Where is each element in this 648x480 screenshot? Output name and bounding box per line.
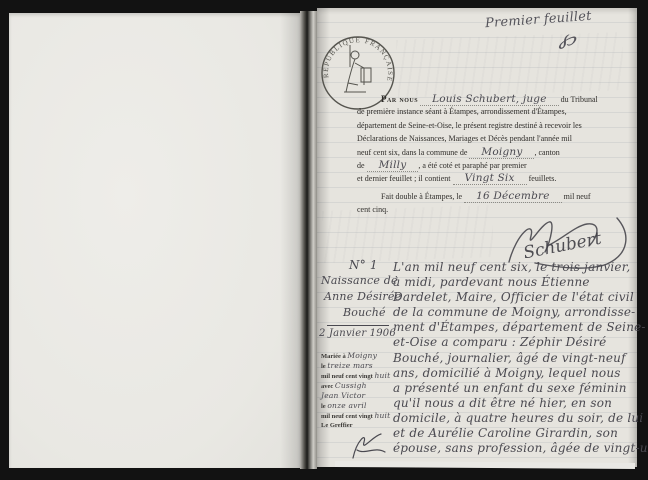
officer-paraph-mark bbox=[347, 430, 391, 462]
act-body-line: et-Oise a comparu : Zéphir Désiré bbox=[393, 335, 639, 350]
stamped-text: Mariée à bbox=[321, 353, 346, 360]
act-body-line: Bouché, journalier, âgé de vingt-neuf bbox=[393, 351, 639, 366]
act-body-line: qu'il nous a dit être né hier, en son bbox=[393, 396, 639, 411]
right-registry-page: Premier feuillet ℘ RÉPUBLIQUE FRANÇAISE bbox=[317, 8, 637, 467]
stamped-text: le bbox=[321, 403, 326, 410]
printed-text: cent cinq. bbox=[357, 205, 388, 214]
left-blank-page bbox=[9, 13, 300, 468]
ink-bleed-texture bbox=[396, 32, 624, 98]
preamble-line: Par nous Louis Schubert, juge du Tribuna… bbox=[357, 94, 635, 107]
handwritten-text: treize mars bbox=[327, 361, 372, 370]
act-body-line: ans, domicilié à Moigny, lequel nous bbox=[393, 366, 639, 381]
scanned-registry-book: Premier feuillet ℘ RÉPUBLIQUE FRANÇAISE bbox=[0, 0, 648, 480]
margin-divider bbox=[327, 325, 389, 326]
printed-text: , a été coté et paraphé par premier bbox=[418, 161, 526, 170]
printed-text: Déclarations de Naissances, Mariages et … bbox=[357, 134, 572, 143]
paraph-mark: ℘ bbox=[558, 25, 577, 52]
printed-text: du Tribunal bbox=[561, 95, 598, 104]
act-body-line: a présenté un enfant du sexe féminin bbox=[393, 381, 639, 396]
page-stack-edge bbox=[335, 461, 635, 469]
handwritten-text: Moigny bbox=[347, 351, 377, 360]
printed-text: neuf cent six, dans la commune de bbox=[357, 148, 467, 157]
act-body-line: ment d'Étampes, département de Seine- bbox=[393, 320, 639, 335]
act-body-line: de la commune de Moigny, arrondisse- bbox=[393, 305, 639, 320]
stamped-text: Le Greffier bbox=[321, 422, 352, 429]
printed-preamble: Par nous Louis Schubert, juge du Tribuna… bbox=[357, 94, 635, 188]
stamp-text-republique: RÉPUBLIQUE bbox=[322, 36, 361, 78]
handwritten-text: huit bbox=[374, 411, 390, 420]
closing-line: Fait double à Étampes, le 16 Décembre mi… bbox=[357, 192, 635, 205]
printed-text: département de Seine-et-Oise, le présent… bbox=[357, 121, 582, 130]
act-body-line: L'an mil neuf cent six, le trois janvier… bbox=[393, 260, 639, 275]
stamp-text-francaise: FRANÇAISE bbox=[364, 37, 394, 83]
printed-text: et dernier feuillet ; il contient bbox=[357, 174, 451, 183]
act-body-line: à midi, pardevant nous Étienne bbox=[393, 275, 639, 290]
stamped-text: le bbox=[321, 363, 326, 370]
closing-statement: Fait double à Étampes, le 16 Décembre mi… bbox=[357, 192, 635, 219]
handwritten-date: 16 Décembre bbox=[464, 190, 562, 203]
handwritten-folio-count: Vingt Six bbox=[453, 172, 527, 185]
handwritten-text: huit bbox=[374, 371, 390, 380]
act-body-line: et de Aurélie Caroline Girardin, son bbox=[393, 426, 639, 441]
stamped-text: mil neuf cent vingt bbox=[321, 373, 373, 380]
printed-text: , canton bbox=[534, 148, 559, 157]
printed-text: mil neuf bbox=[564, 192, 591, 201]
marianne-seated-figure-icon bbox=[344, 45, 371, 92]
handwritten-canton: Milly bbox=[367, 159, 419, 172]
printed-text: feuillets. bbox=[529, 174, 557, 183]
act-body-line: Dardelet, Maire, Officier de l'état civi… bbox=[393, 290, 639, 305]
printed-text: de première instance séant à Étampes, ar… bbox=[357, 107, 567, 116]
svg-text:RÉPUBLIQUE: RÉPUBLIQUE bbox=[322, 36, 361, 78]
book-binding-gutter bbox=[300, 11, 317, 469]
act-body-text: L'an mil neuf cent six, le trois janvier… bbox=[393, 260, 639, 456]
handwritten-folio-note: Premier feuillet bbox=[485, 6, 636, 31]
stamped-text: avec bbox=[321, 383, 333, 390]
preamble-line: de première instance séant à Étampes, ar… bbox=[357, 107, 635, 120]
handwritten-text: Jean Victor bbox=[321, 391, 365, 400]
printed-text: Par nous bbox=[381, 94, 418, 104]
handwritten-commune: Moigny bbox=[469, 146, 534, 159]
printed-text: Fait double à Étampes, le bbox=[381, 192, 462, 201]
printed-text: de bbox=[357, 161, 365, 170]
svg-text:FRANÇAISE: FRANÇAISE bbox=[364, 37, 394, 83]
handwritten-judge-name: Louis Schubert, juge bbox=[420, 93, 559, 106]
preamble-line: et dernier feuillet ; il contient Vingt … bbox=[357, 174, 635, 187]
stamped-text: mil neuf cent vingt bbox=[321, 413, 373, 420]
act-body-line: épouse, sans profession, âgée de vingt-u… bbox=[393, 441, 639, 456]
handwritten-text: Cussigh bbox=[335, 381, 367, 390]
act-body-line: domicile, à quatre heures du soir, de lu… bbox=[393, 411, 639, 426]
handwritten-text: onze avril bbox=[327, 401, 366, 410]
preamble-line: département de Seine-et-Oise, le présent… bbox=[357, 121, 635, 134]
